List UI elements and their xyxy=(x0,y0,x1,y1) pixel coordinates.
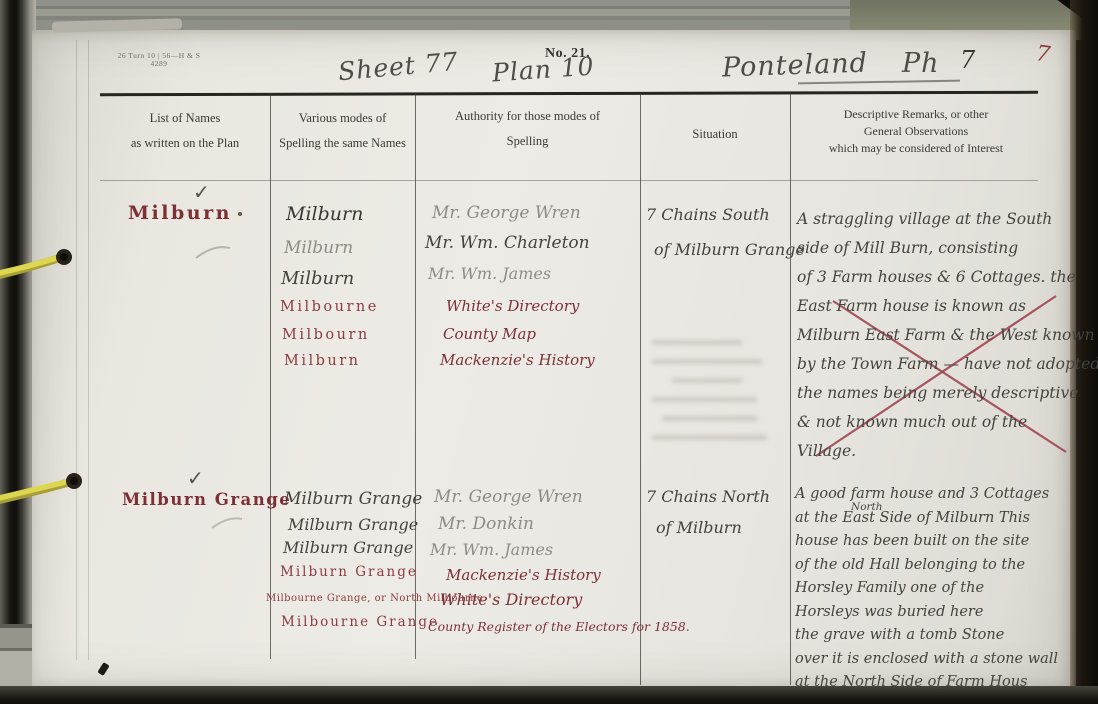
authority-2-6: County Register of the Electors for 1858… xyxy=(428,619,690,634)
name-entry-1: Milburn xyxy=(128,202,232,224)
ink-dot xyxy=(238,212,242,216)
remarks-1-line: side of Mill Burn, consisting xyxy=(797,234,1098,263)
remarks-entry-1: A straggling village at the South side o… xyxy=(797,205,1098,466)
authority-2-4: Mackenzie's History xyxy=(446,566,601,584)
checkmark-entry-1: ✓ xyxy=(193,180,210,204)
authority-1-3: Mr. Wm. James xyxy=(428,264,551,283)
remarks-2-line: house has been built on the site xyxy=(795,530,1058,554)
remarks-1-line: & not known much out of the xyxy=(797,408,1098,437)
spelling-1-2: Milburn xyxy=(284,238,353,258)
column-header-remarks: Descriptive Remarks, or other General Ob… xyxy=(794,106,1038,157)
column-divider-4 xyxy=(790,93,791,685)
spelling-2-3: Milburn Grange xyxy=(283,538,413,557)
spelling-2-1: Milburn Grange xyxy=(284,489,422,509)
spelling-1-4: Milbourne xyxy=(280,299,379,315)
remarks-1-line: by the Town Farm — have not adopted xyxy=(797,350,1098,379)
table-header-rule xyxy=(100,180,1038,181)
authority-1-2: Mr. Wm. Charleton xyxy=(425,233,590,253)
insertion-north: North xyxy=(851,496,883,520)
remarks-2-line: A good farm house and 3 Cottages xyxy=(795,483,1058,507)
page-fold-line xyxy=(76,40,77,660)
remarks-1-line: Milburn East Farm & the West known xyxy=(797,321,1098,350)
book-binding-edge xyxy=(0,0,36,704)
remarks-1-line: East Farm house is known as xyxy=(797,292,1098,321)
parish-suffix-handwritten: Ph xyxy=(902,48,940,79)
remarks-2-line: of the old Hall belonging to the xyxy=(795,554,1058,578)
remarks-2-line: at the East Side of Milburn This North xyxy=(795,507,1058,531)
remarks-entry-2: A good farm house and 3 Cottages at the … xyxy=(795,483,1058,695)
situation-2-line-2: of Milburn xyxy=(656,518,742,537)
spelling-1-1: Milburn xyxy=(286,203,363,225)
scanned-ledger-page: 26 Turn 10 | 56—H & S 4289 No. 21. Sheet… xyxy=(0,0,1098,704)
parish-name-handwritten: Ponteland xyxy=(722,47,869,83)
column-divider-3 xyxy=(640,93,641,685)
page-number-ink: 7 xyxy=(960,46,975,74)
remarks-2-line-text: at the East Side of Milburn This xyxy=(795,510,1030,526)
situation-2-line-1: 7 Chains North xyxy=(646,487,770,506)
page-fold-line-2 xyxy=(88,40,89,660)
remarks-1-line: Village. xyxy=(797,437,1098,466)
situation-1-line-1: 7 Chains South xyxy=(646,205,770,224)
printers-code: 26 Turn 10 | 56—H & S 4289 xyxy=(104,52,214,68)
authority-1-5: County Map xyxy=(443,325,536,343)
spelling-2-2: Milburn Grange xyxy=(288,515,418,534)
spelling-1-5: Milbourn xyxy=(282,327,370,343)
remarks-1-line: of 3 Farm houses & 6 Cottages. the xyxy=(797,263,1098,292)
column-header-authority: Authority for those modes of Spelling xyxy=(419,104,636,154)
authority-1-1: Mr. George Wren xyxy=(432,203,581,223)
spelling-2-6: Milbourne Grange xyxy=(281,614,439,630)
authority-1-4: White's Directory xyxy=(446,297,579,315)
name-entry-2: Milburn Grange xyxy=(122,490,291,509)
spelling-2-4: Milburn Grange xyxy=(280,564,418,580)
situation-1-line-2: of Milburn Grange xyxy=(654,240,805,259)
column-divider-1 xyxy=(270,93,271,659)
remarks-2-line: at the North Side of Farm Hous xyxy=(795,671,1058,695)
column-header-names: List of Names as written on the Plan xyxy=(104,106,266,156)
spelling-1-3: Milburn xyxy=(281,268,354,289)
authority-2-2: Mr. Donkin xyxy=(438,514,534,534)
authority-1-6: Mackenzie's History xyxy=(440,351,595,369)
remarks-1-line: the names being merely descriptive xyxy=(797,379,1098,408)
ink-bleedthrough xyxy=(652,340,778,454)
remarks-2-line: Horsleys was buried here xyxy=(795,601,1058,625)
remarks-1-line: A straggling village at the South xyxy=(797,205,1098,234)
checkmark-entry-2: ✓ xyxy=(187,466,204,490)
authority-2-3: Mr. Wm. James xyxy=(430,540,553,559)
authority-2-1: Mr. George Wren xyxy=(434,487,583,507)
column-header-situation: Situation xyxy=(644,122,786,147)
remarks-2-line: the grave with a tomb Stone xyxy=(795,624,1058,648)
remarks-2-line: Horsley Family one of the xyxy=(795,577,1058,601)
authority-2-5: White's Directory xyxy=(440,590,582,609)
remarks-2-line: over it is enclosed with a stone wall xyxy=(795,648,1058,672)
column-header-spellings: Various modes of Spelling the same Names xyxy=(274,106,411,156)
spelling-1-6: Milburn xyxy=(284,353,361,369)
